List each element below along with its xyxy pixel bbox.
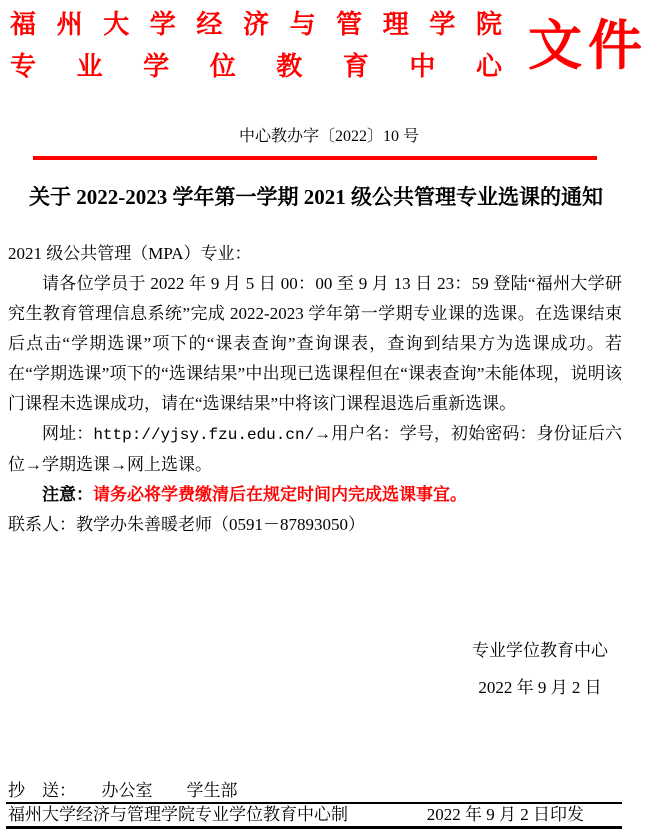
website-prefix: 网址： [42, 424, 93, 443]
issuer-name: 福州大学经济与管理学院专业学位教育中心制 [8, 805, 348, 825]
salutation-line: 2021 级公共管理（MPA）专业： [8, 239, 622, 269]
document-title: 关于 2022-2023 学年第一学期 2021 级公共管理专业选课的通知 [8, 183, 624, 211]
org-name-line1: 福州大学经济与管理学院 [10, 8, 502, 41]
document-word: 文件 [528, 19, 648, 73]
red-divider-line [33, 156, 597, 160]
doc-number: 中心教办字〔2022〕10 号 [0, 127, 658, 146]
signature-date: 2022 年 9 月 2 日 [472, 679, 608, 696]
letterhead: 福州大学经济与管理学院 专业学位教育中心 文件 [10, 8, 650, 83]
signature-block: 专业学位教育中心 2022 年 9 月 2 日 [472, 642, 608, 696]
issuer-row: 福州大学经济与管理学院专业学位教育中心制 2022 年 9 月 2 日印发 [6, 804, 622, 829]
document-body: 2021 级公共管理（MPA）专业： 请各位学员于 2022 年 9 月 5 日… [8, 239, 622, 540]
paragraph-website: 网址：http://yjsy.fzu.edu.cn/→用户名：学号，初始密码：身… [8, 419, 622, 480]
cc-line: 抄 送： 办公室 学生部 [6, 781, 622, 804]
signature-unit: 专业学位教育中心 [472, 642, 608, 659]
notice-text: 请务必将学费缴清后在规定时间内完成选课事宜。 [93, 485, 467, 504]
signature-wrap: 专业学位教育中心 2022 年 9 月 2 日 [0, 642, 658, 696]
print-date: 2022 年 9 月 2 日印发 [427, 805, 584, 825]
website-url: http://yjsy.fzu.edu.cn/ [93, 426, 314, 444]
contact-line: 联系人：教学办朱善暖老师（0591－87893050） [8, 510, 622, 540]
paragraph-notice: 注意：请务必将学费缴清后在规定时间内完成选课事宜。 [8, 480, 622, 510]
document-footer: 抄 送： 办公室 学生部 福州大学经济与管理学院专业学位教育中心制 2022 年… [6, 781, 622, 829]
paragraph-course-selection: 请各位学员于 2022 年 9 月 5 日 00：00 至 9 月 13 日 2… [8, 269, 622, 419]
document-page: 福州大学经济与管理学院 专业学位教育中心 文件 中心教办字〔2022〕10 号 … [0, 0, 658, 836]
notice-label: 注意： [42, 485, 93, 504]
org-name-line2: 专业学位教育中心 [10, 50, 502, 83]
org-name: 福州大学经济与管理学院 专业学位教育中心 [10, 8, 502, 83]
